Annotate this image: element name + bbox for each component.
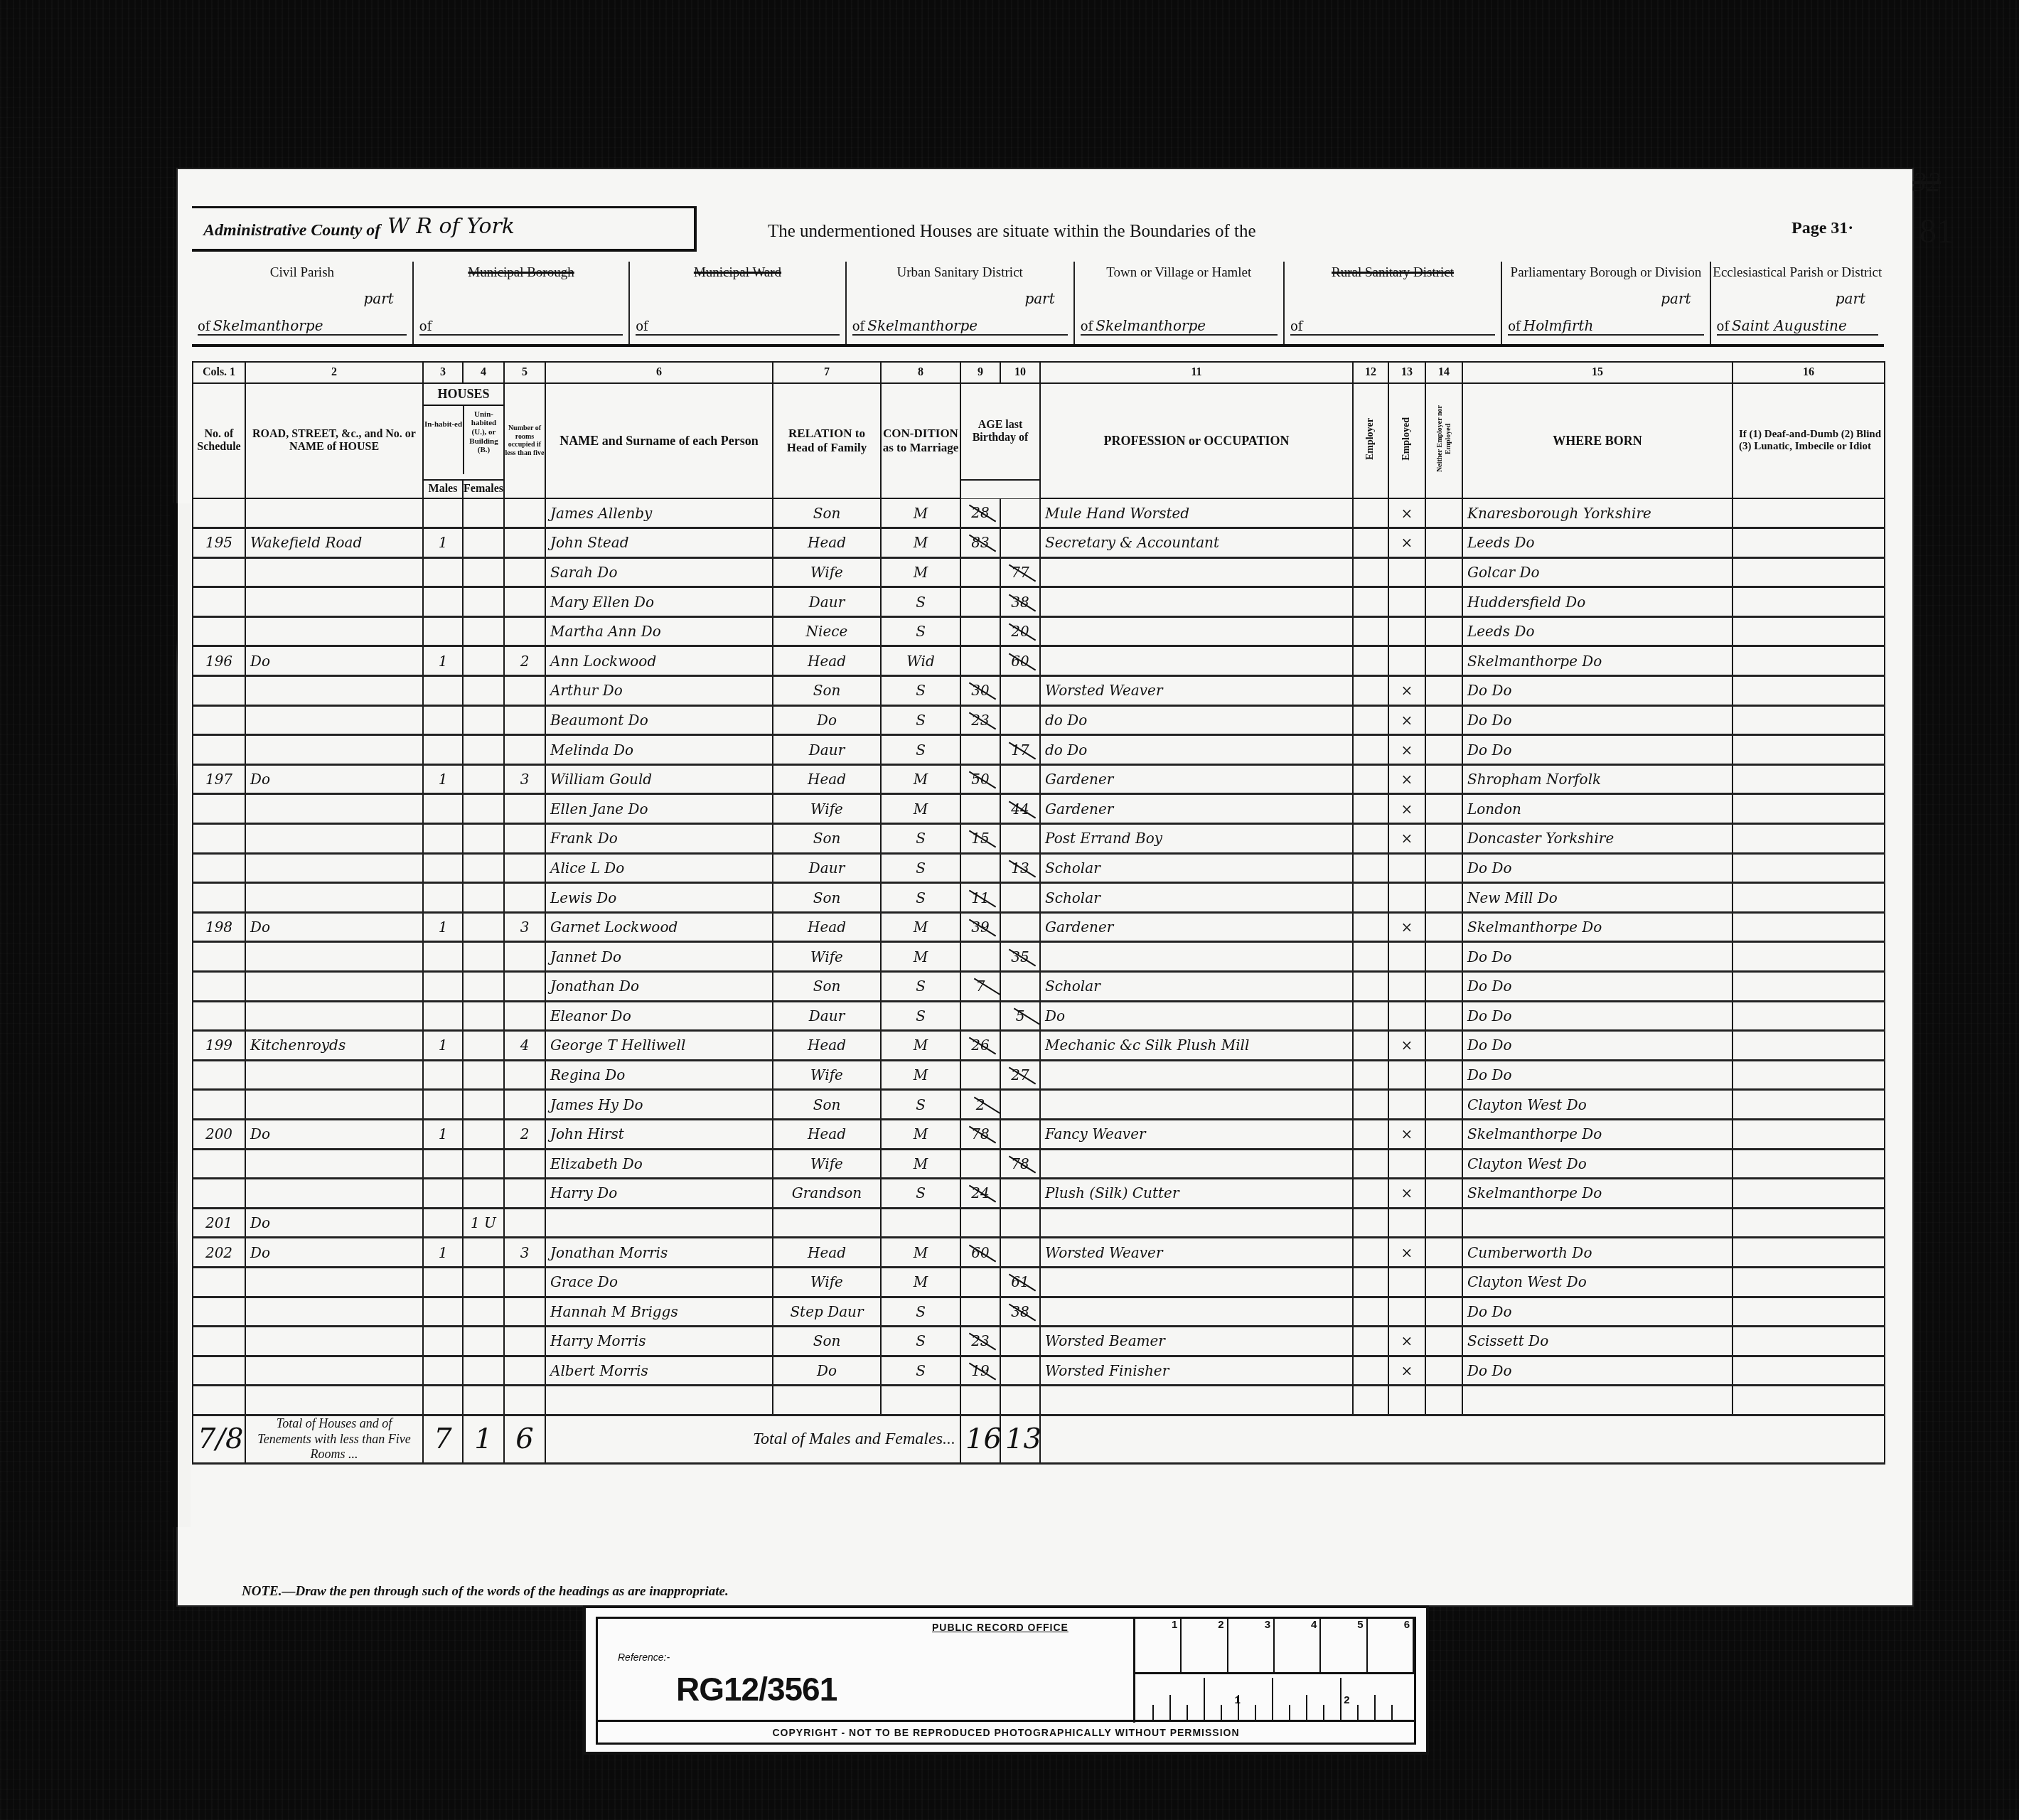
cell-female-age <box>1000 912 1040 942</box>
cell-female-age <box>1000 1238 1040 1268</box>
cell-where-born: Do Do <box>1462 1356 1733 1386</box>
census-row <box>193 1386 1885 1415</box>
cell-relation: Wife <box>773 794 881 824</box>
cell-employer <box>1353 1031 1388 1061</box>
cell-name: Regina Do <box>545 1060 773 1090</box>
cell-road: Do <box>245 1238 423 1268</box>
cell-employer <box>1353 853 1388 883</box>
totals-blank <box>1040 1415 1885 1463</box>
cell-uninhabited <box>463 646 504 676</box>
cell-infirmity <box>1733 1090 1885 1120</box>
cell-schedule <box>193 557 245 587</box>
cell-condition: M <box>881 1119 960 1149</box>
cell-rooms: 3 <box>504 912 545 942</box>
cell-inhabited: 1 <box>423 1238 463 1268</box>
cell-schedule: 197 <box>193 764 245 794</box>
age-value: 11 <box>971 889 989 906</box>
cell-uninhabited <box>463 972 504 1002</box>
cell-name: Alice L Do <box>545 853 773 883</box>
cell-name: James Hy Do <box>545 1090 773 1120</box>
cell-relation: Wife <box>773 1267 881 1297</box>
cell-occupation: Scholar <box>1040 972 1353 1002</box>
cell-name: Lewis Do <box>545 883 773 913</box>
ruler-tick <box>1187 1705 1188 1720</box>
cell-inhabited <box>423 1090 463 1120</box>
cell-relation <box>773 1386 881 1415</box>
header-occupation: PROFESSION or OCCUPATION <box>1040 383 1353 498</box>
cell-infirmity <box>1733 557 1885 587</box>
cell-employed <box>1388 557 1425 587</box>
cell-infirmity <box>1733 853 1885 883</box>
cell-employed: × <box>1388 1356 1425 1386</box>
cell-road <box>245 498 423 528</box>
district-boundaries: Civil ParishpartofSkelmanthorpeMunicipal… <box>192 262 1884 347</box>
cell-employer <box>1353 498 1388 528</box>
cell-road <box>245 794 423 824</box>
cell-occupation <box>1040 1208 1353 1238</box>
column-number: 3 <box>423 362 463 383</box>
cell-where-born: Leeds Do <box>1462 616 1733 646</box>
cell-rooms: 3 <box>504 764 545 794</box>
census-page: 32 81 Administrative County of W R of Yo… <box>178 169 1912 1605</box>
cell-female-age <box>1000 764 1040 794</box>
column-number: 4 <box>463 362 504 383</box>
cell-female-age <box>1000 1119 1040 1149</box>
cell-inhabited: 1 <box>423 528 463 558</box>
district-title: Rural Sanitary District <box>1285 266 1501 281</box>
cell-neither <box>1425 1356 1462 1386</box>
ruler-tick <box>1323 1705 1324 1720</box>
cell-male-age <box>960 1149 1000 1179</box>
age-value: 2 <box>976 1096 985 1113</box>
census-row: Jannet DoWifeM35Do Do <box>193 942 1885 972</box>
cell-road <box>245 853 423 883</box>
cell-occupation: Gardener <box>1040 794 1353 824</box>
cell-occupation: do Do <box>1040 705 1353 735</box>
cell-rooms <box>504 853 545 883</box>
cell-neither <box>1425 1386 1462 1415</box>
cell-relation: Daur <box>773 735 881 765</box>
cell-employed: × <box>1388 1119 1425 1149</box>
cell-where-born <box>1462 1208 1733 1238</box>
cell-uninhabited <box>463 616 504 646</box>
cell-neither <box>1425 646 1462 676</box>
district-value-text: Saint Augustine <box>1732 317 1847 334</box>
cell-rooms <box>504 942 545 972</box>
cell-rooms <box>504 794 545 824</box>
header-name: NAME and Surname of each Person <box>545 383 773 498</box>
cell-occupation: Plush (Silk) Cutter <box>1040 1179 1353 1209</box>
ruler-inch-label: 2 <box>1344 1694 1349 1706</box>
cell-where-born: Skelmanthorpe Do <box>1462 1119 1733 1149</box>
cell-neither <box>1425 676 1462 706</box>
column-number: 13 <box>1388 362 1425 383</box>
census-row: 195Wakefield Road1John SteadHeadM83Secre… <box>193 528 1885 558</box>
cell-where-born: Do Do <box>1462 705 1733 735</box>
cell-occupation <box>1040 587 1353 617</box>
census-row: Beaumont DoDoS23do Do×Do Do <box>193 705 1885 735</box>
district-part-annotation: part <box>1024 290 1054 307</box>
age-value: 35 <box>1011 948 1029 965</box>
cell-infirmity <box>1733 1386 1885 1415</box>
census-row: Sarah DoWifeM77Golcar Do <box>193 557 1885 587</box>
district-part-annotation: part <box>1836 290 1865 307</box>
cell-schedule <box>193 616 245 646</box>
cell-road <box>245 557 423 587</box>
totals-row: 7/8 Total of Houses and of Tenements wit… <box>193 1415 1885 1463</box>
census-row: 198Do13Garnet LockwoodHeadM39Gardener×Sk… <box>193 912 1885 942</box>
cell-rooms <box>504 1327 545 1356</box>
cell-road <box>245 616 423 646</box>
cell-female-age: 38 <box>1000 587 1040 617</box>
ruler-tick <box>1374 1695 1376 1720</box>
census-row: Grace DoWifeM61Clayton West Do <box>193 1267 1885 1297</box>
cell-inhabited <box>423 1356 463 1386</box>
cell-employer <box>1353 1327 1388 1356</box>
cell-male-age <box>960 794 1000 824</box>
cell-employed: × <box>1388 528 1425 558</box>
cell-where-born: Do Do <box>1462 1297 1733 1327</box>
cell-infirmity <box>1733 764 1885 794</box>
cell-employer <box>1353 1267 1388 1297</box>
census-row: Albert MorrisDoS19Worsted Finisher×Do Do <box>193 1356 1885 1386</box>
column-header-row: No. of Schedule ROAD, STREET, &c., and N… <box>193 383 1885 480</box>
cell-relation: Wife <box>773 942 881 972</box>
cell-inhabited <box>423 498 463 528</box>
cell-road <box>245 676 423 706</box>
cell-occupation <box>1040 557 1353 587</box>
cell-employed: × <box>1388 824 1425 854</box>
cell-schedule <box>193 1060 245 1090</box>
census-row: 197Do13William GouldHeadM50Gardener×Shro… <box>193 764 1885 794</box>
census-table: Cols. 12345678910111213141516 No. of Sch… <box>192 361 1885 1465</box>
cell-condition: S <box>881 824 960 854</box>
cell-inhabited <box>423 1179 463 1209</box>
cell-occupation: Mechanic &c Silk Plush Mill <box>1040 1031 1353 1061</box>
cell-occupation: Worsted Weaver <box>1040 1238 1353 1268</box>
cell-schedule: 201 <box>193 1208 245 1238</box>
cell-road: Do <box>245 646 423 676</box>
cell-schedule <box>193 1386 245 1415</box>
cell-infirmity <box>1733 1060 1885 1090</box>
cell-road <box>245 883 423 913</box>
cell-neither <box>1425 1119 1462 1149</box>
cell-employer <box>1353 912 1388 942</box>
cell-infirmity <box>1733 1031 1885 1061</box>
ruler-tick <box>1391 1705 1393 1720</box>
column-number: 2 <box>245 362 423 383</box>
cell-employer <box>1353 1119 1388 1149</box>
age-value: 19 <box>971 1362 989 1379</box>
cell-where-born: Do Do <box>1462 972 1733 1002</box>
cell-female-age <box>1000 1179 1040 1209</box>
cell-uninhabited <box>463 912 504 942</box>
census-row: 202Do13Jonathan MorrisHeadM60Worsted Wea… <box>193 1238 1885 1268</box>
district-title: Municipal Ward <box>630 266 845 281</box>
cell-employed: × <box>1388 912 1425 942</box>
ruler-inch-scale: 12 <box>1135 1674 1414 1720</box>
cell-male-age: 24 <box>960 1179 1000 1209</box>
district-value: ofSkelmanthorpe <box>852 317 1068 336</box>
cell-schedule <box>193 853 245 883</box>
cell-neither <box>1425 824 1462 854</box>
cell-rooms <box>504 676 545 706</box>
cell-employer <box>1353 705 1388 735</box>
cell-inhabited <box>423 1327 463 1356</box>
heading-note: NOTE.—Draw the pen through such of the w… <box>242 1584 729 1600</box>
cell-where-born: Clayton West Do <box>1462 1090 1733 1120</box>
cell-infirmity <box>1733 646 1885 676</box>
cell-neither <box>1425 1060 1462 1090</box>
cell-male-age: 26 <box>960 1031 1000 1061</box>
cell-inhabited <box>423 1149 463 1179</box>
cell-where-born: Skelmanthorpe Do <box>1462 646 1733 676</box>
district-value: of <box>419 317 623 336</box>
cell-relation: Son <box>773 824 881 854</box>
cell-relation: Daur <box>773 853 881 883</box>
cell-rooms: 2 <box>504 646 545 676</box>
cell-uninhabited <box>463 853 504 883</box>
boundary-note: The undermentioned Houses are situate wi… <box>768 222 1256 242</box>
page-number: Page 31· <box>1792 219 1853 238</box>
cell-male-age <box>960 853 1000 883</box>
cell-employed: × <box>1388 794 1425 824</box>
cell-where-born: Skelmanthorpe Do <box>1462 1179 1733 1209</box>
cell-male-age <box>960 1386 1000 1415</box>
cell-employed <box>1388 883 1425 913</box>
cell-condition: S <box>881 1001 960 1031</box>
cell-road <box>245 1327 423 1356</box>
age-value: 5 <box>1016 1007 1025 1024</box>
cell-where-born: Leeds Do <box>1462 528 1733 558</box>
cell-male-age <box>960 1208 1000 1238</box>
cell-uninhabited: 1 U <box>463 1208 504 1238</box>
cell-infirmity <box>1733 883 1885 913</box>
cell-employed: × <box>1388 705 1425 735</box>
cell-relation: Head <box>773 646 881 676</box>
cell-road <box>245 1267 423 1297</box>
cell-road <box>245 942 423 972</box>
census-row: Mary Ellen DoDaurS38Huddersfield Do <box>193 587 1885 617</box>
cell-inhabited <box>423 557 463 587</box>
cell-infirmity <box>1733 1238 1885 1268</box>
cell-inhabited <box>423 616 463 646</box>
district-value-text: Holmfirth <box>1523 317 1594 334</box>
cell-where-born <box>1462 1386 1733 1415</box>
cell-condition: Wid <box>881 646 960 676</box>
cell-inhabited <box>423 735 463 765</box>
cell-condition: M <box>881 942 960 972</box>
cell-rooms <box>504 1208 545 1238</box>
cell-neither <box>1425 1208 1462 1238</box>
cell-employer <box>1353 1297 1388 1327</box>
cell-inhabited <box>423 1001 463 1031</box>
cell-employer <box>1353 616 1388 646</box>
ruler-tick <box>1357 1705 1359 1720</box>
cell-female-age: 13 <box>1000 853 1040 883</box>
cell-employed: × <box>1388 1179 1425 1209</box>
cell-name: Jonathan Do <box>545 972 773 1002</box>
cell-infirmity <box>1733 1119 1885 1149</box>
cell-name <box>545 1386 773 1415</box>
cell-employed: × <box>1388 676 1425 706</box>
cell-employed <box>1388 972 1425 1002</box>
cell-occupation: Secretary & Accountant <box>1040 528 1353 558</box>
cell-uninhabited <box>463 1179 504 1209</box>
cell-employer <box>1353 1179 1388 1209</box>
cell-condition: S <box>881 735 960 765</box>
cell-neither <box>1425 587 1462 617</box>
ruler-cm-mark: 6 <box>1368 1619 1414 1672</box>
cell-where-born: Do Do <box>1462 1060 1733 1090</box>
cell-employed <box>1388 853 1425 883</box>
cell-where-born: Do Do <box>1462 942 1733 972</box>
header-houses-title: HOUSES <box>424 384 503 406</box>
census-row: Frank DoSonS15Post Errand Boy×Doncaster … <box>193 824 1885 854</box>
cell-employed: × <box>1388 1327 1425 1356</box>
cell-neither <box>1425 616 1462 646</box>
cell-schedule <box>193 1356 245 1386</box>
cell-name: Mary Ellen Do <box>545 587 773 617</box>
cell-relation: Son <box>773 972 881 1002</box>
cell-road: Do <box>245 1119 423 1149</box>
cell-relation: Wife <box>773 1149 881 1179</box>
cell-where-born: London <box>1462 794 1733 824</box>
cell-uninhabited <box>463 676 504 706</box>
cell-infirmity <box>1733 1179 1885 1209</box>
header-neither: Neither Employer nor Employed <box>1425 383 1462 498</box>
cell-relation: Head <box>773 1119 881 1149</box>
cell-infirmity <box>1733 1001 1885 1031</box>
cell-male-age: 23 <box>960 705 1000 735</box>
cell-condition: M <box>881 1149 960 1179</box>
cell-infirmity <box>1733 1208 1885 1238</box>
district-title: Town or Village or Hamlet <box>1075 266 1283 281</box>
cell-inhabited <box>423 705 463 735</box>
census-row: Arthur DoSonS30Worsted Weaver×Do Do <box>193 676 1885 706</box>
cell-where-born: Skelmanthorpe Do <box>1462 912 1733 942</box>
age-value: 26 <box>971 1037 989 1054</box>
administrative-county-label: Administrative County of <box>203 221 380 240</box>
cell-uninhabited <box>463 942 504 972</box>
cell-female-age <box>1000 498 1040 528</box>
cell-employed <box>1388 1297 1425 1327</box>
total-males: 16 <box>960 1415 1000 1463</box>
cell-female-age <box>1000 1327 1040 1356</box>
cell-female-age: 38 <box>1000 1297 1040 1327</box>
cell-occupation: Do <box>1040 1001 1353 1031</box>
cell-employer <box>1353 764 1388 794</box>
cell-schedule <box>193 1327 245 1356</box>
cell-infirmity <box>1733 912 1885 942</box>
cell-occupation: Fancy Weaver <box>1040 1119 1353 1149</box>
cell-name: John Hirst <box>545 1119 773 1149</box>
cell-employer <box>1353 676 1388 706</box>
cell-employed <box>1388 1267 1425 1297</box>
cell-name: Beaumont Do <box>545 705 773 735</box>
cell-employer <box>1353 587 1388 617</box>
cell-male-age: 30 <box>960 676 1000 706</box>
cell-inhabited <box>423 587 463 617</box>
cell-relation <box>773 1208 881 1238</box>
cell-infirmity <box>1733 942 1885 972</box>
cell-condition: S <box>881 1297 960 1327</box>
cell-female-age <box>1000 528 1040 558</box>
age-value: 38 <box>1011 1303 1029 1320</box>
cell-infirmity <box>1733 972 1885 1002</box>
torn-edge <box>169 503 191 1527</box>
cell-condition: M <box>881 528 960 558</box>
age-value: 20 <box>1011 623 1029 640</box>
cell-relation: Head <box>773 764 881 794</box>
district-value: ofSkelmanthorpe <box>198 317 407 336</box>
cell-name: Hannah M Briggs <box>545 1297 773 1327</box>
cell-inhabited: 1 <box>423 1031 463 1061</box>
cell-rooms <box>504 1386 545 1415</box>
cell-inhabited <box>423 824 463 854</box>
total-rooms: 6 <box>504 1415 545 1463</box>
header-where-born: WHERE BORN <box>1462 383 1733 498</box>
cell-inhabited <box>423 883 463 913</box>
district-part-annotation: part <box>363 290 393 307</box>
cell-neither <box>1425 498 1462 528</box>
column-number: 8 <box>881 362 960 383</box>
cell-neither <box>1425 1297 1462 1327</box>
cell-employed <box>1388 1060 1425 1090</box>
cell-employed <box>1388 1208 1425 1238</box>
cell-occupation <box>1040 646 1353 676</box>
district-value: of <box>636 317 839 336</box>
cell-condition: S <box>881 1356 960 1386</box>
census-row: Martha Ann DoNieceS20Leeds Do <box>193 616 1885 646</box>
cell-road <box>245 587 423 617</box>
district-of-label: of <box>852 319 865 334</box>
reference-slip: PUBLIC RECORD OFFICE Reference:- RG12/35… <box>583 1605 1429 1755</box>
header-neither-label: Neither Employer nor Employed <box>1436 396 1452 481</box>
ruler-cm-mark: 2 <box>1182 1619 1228 1672</box>
cell-male-age: 15 <box>960 824 1000 854</box>
cell-condition: M <box>881 912 960 942</box>
census-rows: James AllenbySonM28Mule Hand Worsted×Kna… <box>193 498 1885 1415</box>
cell-occupation <box>1040 1060 1353 1090</box>
cell-road <box>245 1356 423 1386</box>
cell-name: George T Helliwell <box>545 1031 773 1061</box>
district-parliamentary-borough-or-division: Parliamentary Borough or DivisionpartofH… <box>1502 262 1710 344</box>
cell-male-age <box>960 1297 1000 1327</box>
cell-road <box>245 1001 423 1031</box>
cell-employed <box>1388 1386 1425 1415</box>
cell-male-age: 19 <box>960 1356 1000 1386</box>
cell-road <box>245 705 423 735</box>
cell-inhabited <box>423 1208 463 1238</box>
cell-male-age <box>960 735 1000 765</box>
cell-employer <box>1353 1208 1388 1238</box>
cell-male-age: 78 <box>960 1119 1000 1149</box>
cell-male-age <box>960 557 1000 587</box>
cell-female-age: 77 <box>1000 557 1040 587</box>
cell-female-age <box>1000 824 1040 854</box>
cell-employer <box>1353 972 1388 1002</box>
cell-uninhabited <box>463 587 504 617</box>
cell-male-age <box>960 587 1000 617</box>
cell-schedule <box>193 1149 245 1179</box>
cell-male-age: 60 <box>960 1238 1000 1268</box>
cell-neither <box>1425 1031 1462 1061</box>
district-of-label: of <box>1717 319 1730 334</box>
cell-name: Martha Ann Do <box>545 616 773 646</box>
cell-schedule <box>193 676 245 706</box>
district-of-label: of <box>198 319 210 334</box>
